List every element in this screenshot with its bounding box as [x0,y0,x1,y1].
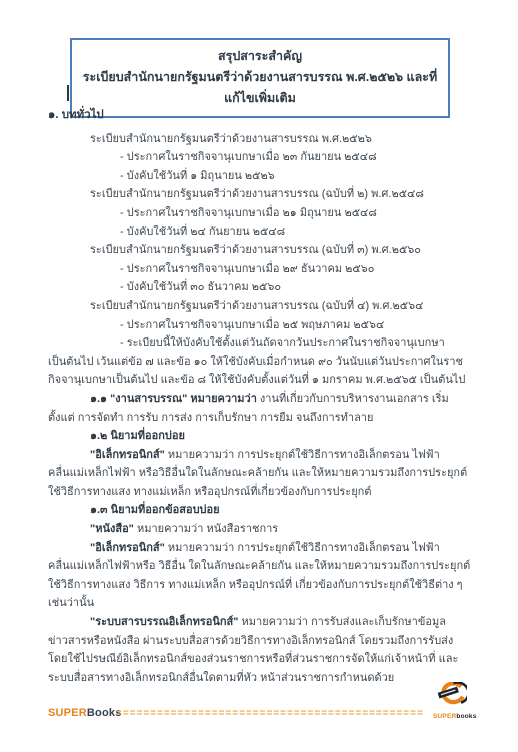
defined-term-bold: "อิเล็กทรอนิกส์" [90,449,165,461]
text-line: - ประกาศในราชกิจจานุเบกษาเมื่อ ๒๓ กันยาย… [48,148,472,167]
superbooks-logo: SUPERbooks [433,682,475,720]
superbooks-logo-icon [433,695,467,712]
document-body: ๑. บททั่วไป ระเบียบสำนักนายกรัฐมนตรีว่าด… [48,106,472,687]
text-line: ระเบียบสำนักนายกรัฐมนตรีว่าด้วยงานสารบรร… [48,130,472,149]
defined-term-bold: "อิเล็กทรอนิกส์" [90,542,165,554]
brand-orange: SUPER [48,707,87,719]
footer-divider-line: ========================================… [116,708,430,719]
text-line: - ประกาศในราชกิจจานุเบกษาเมื่อ ๒๑ มิถุนา… [48,204,472,223]
text-cursor [67,85,69,101]
superbooks-logo-label: SUPERbooks [433,713,475,720]
text-line: - ประกาศในราชกิจจานุเบกษาเมื่อ ๒๙ ธันวาค… [48,260,472,279]
logo-label-orange: SUPER [433,713,456,720]
defined-term-bold: "หนังสือ" [90,523,134,535]
document-title-line2: ระเบียบสำนักนายกรัฐมนตรีว่าด้วยงานสารบรร… [80,67,440,109]
text-line: "หนังสือ" หมายความว่า หนังสือราชการ [48,520,472,539]
text-line: "ระบบสารบรรณอิเล็กทรอนิกส์" หมายความว่า … [48,613,472,687]
text-line: - บังคับใช้วันที่ ๑ มิถุนายน ๒๕๒๖ [48,167,472,186]
text-line: ๑.๑ "งานสารบรรณ" หมายความว่า งานที่เกี่ย… [48,390,472,427]
text-line: "อิเล็กทรอนิกส์" หมายความว่า การประยุกต์… [48,446,472,502]
defined-term-bold: ๑.๑ "งานสารบรรณ" หมายความว่า [90,393,257,405]
text-line: ระเบียบสำนักนายกรัฐมนตรีว่าด้วยงานสารบรร… [48,185,472,204]
content-blocks: ระเบียบสำนักนายกรัฐมนตรีว่าด้วยงานสารบรร… [48,130,472,688]
section-heading: ๑. บททั่วไป [48,106,472,125]
text-line: ระเบียบสำนักนายกรัฐมนตรีว่าด้วยงานสารบรร… [48,297,472,316]
defined-term-bold: "ระบบสารบรรณอิเล็กทรอนิกส์" [90,616,238,628]
document-title-line1: สรุปสาระสำคัญ [80,46,440,67]
section-subheading: ๑.๓ นิยามที่ออกข้อสอบบ่อย [48,501,472,520]
text-line: ระเบียบสำนักนายกรัฐมนตรีว่าด้วยงานสารบรร… [48,241,472,260]
section-subheading: ๑.๒ นิยามที่ออกบ่อย [48,427,472,446]
text-line: "อิเล็กทรอนิกส์" หมายความว่า การประยุกต์… [48,539,472,613]
page-footer: SUPERBooks =============================… [0,678,518,738]
text-line: - ประกาศในราชกิจจานุเบกษาเมื่อ ๒๕ พฤษภาค… [48,316,472,335]
document-page: สรุปสาระสำคัญ ระเบียบสำนักนายกรัฐมนตรีว่… [0,0,518,752]
text-line: - ระเบียบนี้ให้บังคับใช้ตั้งแต่วันถัดจาก… [48,334,472,390]
text-line: - บังคับใช้วันที่ ๒๔ กันยายน ๒๕๔๘ [48,223,472,242]
logo-label-dark: books [456,713,476,720]
footer-brand-text: SUPERBooks [48,707,122,719]
text-line: - บังคับใช้วันที่ ๓๐ ธันวาคม ๒๕๖๐ [48,278,472,297]
